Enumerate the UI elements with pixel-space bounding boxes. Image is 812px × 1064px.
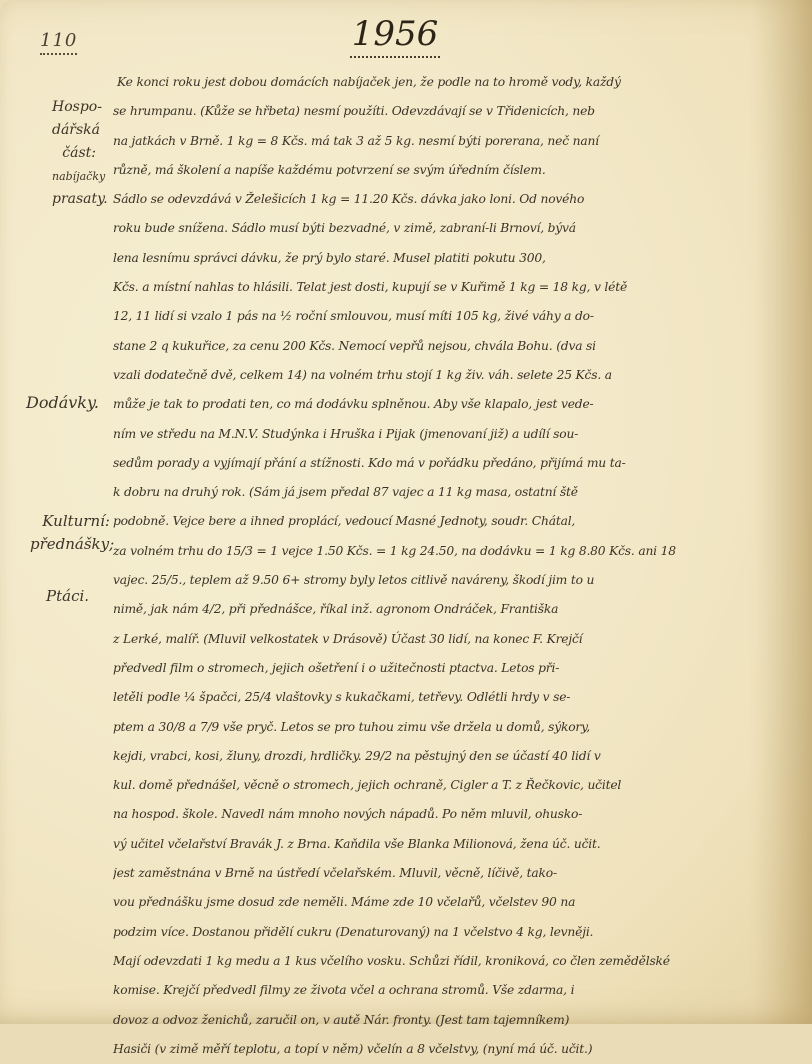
text-line: k dobru na druhý rok. (Sám já jsem předa… bbox=[113, 478, 728, 507]
text-line: 12, 11 lidí si vzalo 1 pás na ½ roční sm… bbox=[113, 302, 728, 331]
text-line: Ke konci roku jest dobou domácích nabíja… bbox=[113, 68, 728, 97]
text-line: vzali dodatečně dvě, celkem 14) na volné… bbox=[113, 361, 728, 390]
text-line: předvedl film o stromech, jejich ošetřen… bbox=[113, 654, 728, 683]
margin-note-line: Ptáci. bbox=[46, 585, 89, 608]
text-line: na hospod. škole. Navedl nám mnoho novýc… bbox=[113, 800, 728, 829]
text-line: stane 2 q kukuřice, za cenu 200 Kčs. Nem… bbox=[113, 332, 728, 361]
text-line: lena lesnímu správci dávku, že prý bylo … bbox=[113, 244, 728, 273]
text-line: Kčs. a místní nahlas to hlásili. Telat j… bbox=[113, 273, 728, 302]
page-spine-shadow bbox=[752, 0, 812, 1024]
text-line: z Lerké, malíř. (Mluvil velkostatek v Dr… bbox=[113, 625, 728, 654]
margin-note-line: dářská bbox=[52, 119, 96, 142]
margin-note-line: přednášky; bbox=[30, 533, 110, 556]
text-line: Sádlo se odevzdává v Želešicích 1 kg = 1… bbox=[113, 185, 728, 214]
margin-note-line: prasaty. bbox=[52, 188, 96, 211]
margin-note-line: Kulturní: bbox=[30, 510, 110, 533]
text-line: komise. Krejčí předvedl filmy ze života … bbox=[113, 976, 728, 1005]
text-line: Mají odevzdati 1 kg medu a 1 kus včelího… bbox=[113, 947, 728, 976]
chronicle-page: 110 1956 Hospo- dářská část: nabíjačky p… bbox=[0, 0, 812, 1024]
margin-note-ptaci: Ptáci. bbox=[46, 585, 89, 608]
text-line: za volném trhu do 15/3 = 1 vejce 1.50 Kč… bbox=[113, 537, 728, 566]
chronicle-body-text: Ke konci roku jest dobou domácích nabíja… bbox=[113, 68, 728, 1024]
text-line: na jatkách v Brně. 1 kg = 8 Kčs. má tak … bbox=[113, 127, 728, 156]
text-line: letěli podle ¼ špačci, 25/4 vlaštovky s … bbox=[113, 683, 728, 712]
margin-note-line: Dodávky. bbox=[26, 391, 99, 414]
text-line: dovoz a odvoz ženichů, zaručil on, v aut… bbox=[113, 1006, 728, 1025]
text-line: vajec. 25/5., teplem až 9.50 6+ stromy b… bbox=[113, 566, 728, 595]
margin-note-dodavky: Dodávky. bbox=[26, 391, 99, 414]
text-line: vou přednášku jsme dosud zde neměli. Mám… bbox=[113, 888, 728, 917]
text-line: ptem a 30/8 a 7/9 vše pryč. Letos se pro… bbox=[113, 713, 728, 742]
page-year-heading: 1956 bbox=[350, 14, 440, 58]
margin-note-kulturni-prednasky: Kulturní: přednášky; bbox=[30, 510, 110, 556]
margin-note-hospodarska-cast: Hospo- dářská část: nabíjačky prasaty. bbox=[52, 96, 96, 211]
text-line: vý učitel včelařství Bravák J. z Brna. K… bbox=[113, 830, 728, 859]
margin-note-line: Hospo- bbox=[52, 96, 96, 119]
margin-note-line: nabíjačky bbox=[52, 165, 96, 188]
text-line: roku bude snížena. Sádlo musí býti bezva… bbox=[113, 214, 728, 243]
text-line: podzim více. Dostanou přidělí cukru (Den… bbox=[113, 918, 728, 947]
text-line: kul. domě přednášel, věcně o stromech, j… bbox=[113, 771, 728, 800]
text-line: různě, má školení a napíše každému potvr… bbox=[113, 156, 728, 185]
text-line: jest zaměstnána v Brně na ústředí včelař… bbox=[113, 859, 728, 888]
text-line: nimě, jak nám 4/2, při přednášce, říkal … bbox=[113, 595, 728, 624]
text-line: se hrumpanu. (Kůže se hřbeta) nesmí použ… bbox=[113, 97, 728, 126]
margin-note-line: část: bbox=[52, 142, 96, 165]
text-line: ním ve středu na M.N.V. Studýnka i Hrušk… bbox=[113, 420, 728, 449]
text-line: sedům porady a vyjímají přání a stížnost… bbox=[113, 449, 728, 478]
page-number: 110 bbox=[40, 30, 77, 55]
text-line: podobně. Vejce bere a ihned proplácí, ve… bbox=[113, 507, 728, 536]
text-line: může je tak to prodati ten, co má dodávk… bbox=[113, 390, 728, 419]
text-line: kejdi, vrabci, kosi, žluny, drozdi, hrdl… bbox=[113, 742, 728, 771]
